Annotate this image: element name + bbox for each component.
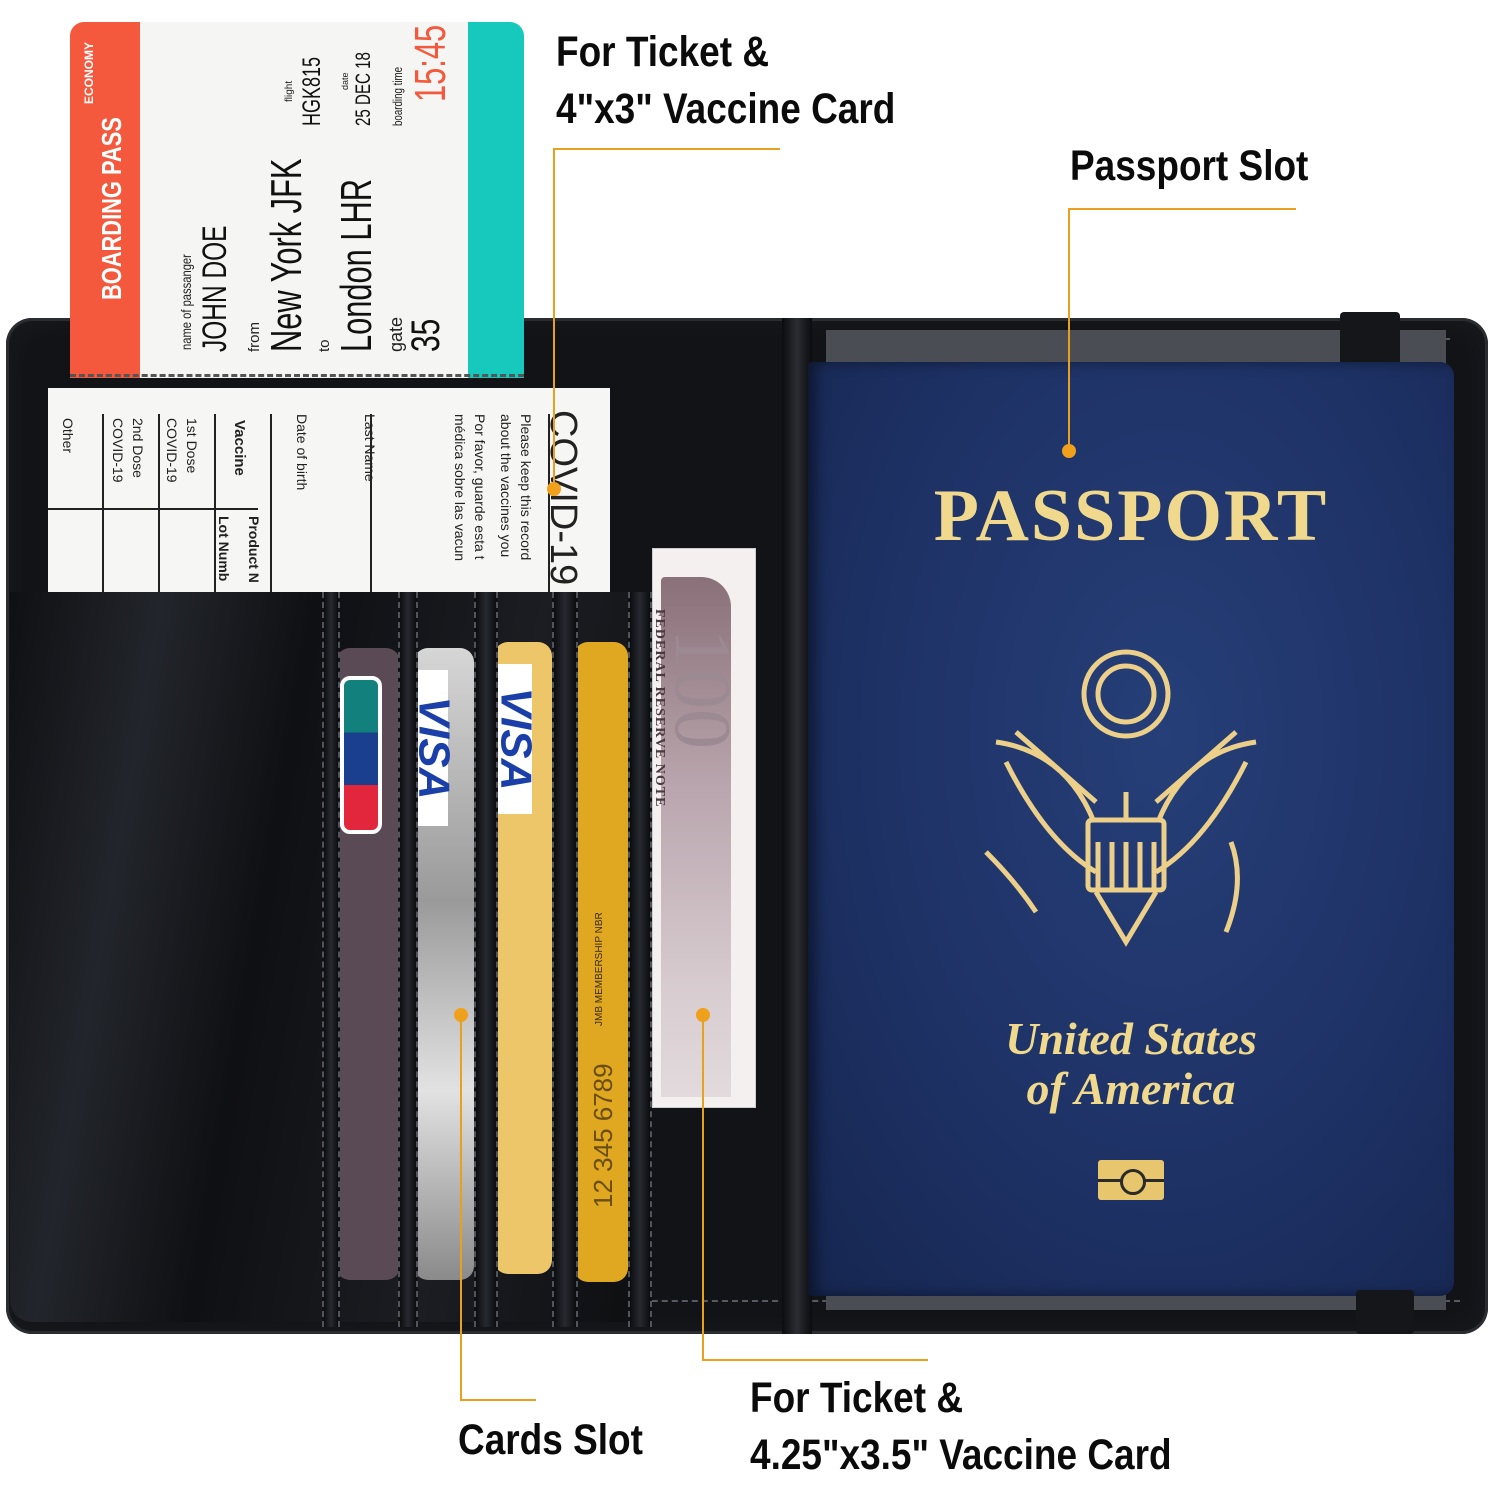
callout-bottom-ticket-line2: 4.25"x3.5" Vaccine Card — [750, 1427, 1172, 1484]
gate-number: 35 — [404, 319, 449, 352]
from-airport: New York JFK — [262, 159, 312, 352]
date-label: date — [340, 72, 350, 90]
callout-dot — [1062, 444, 1076, 458]
callout-top-ticket-line1: For Ticket & — [556, 24, 769, 81]
boarding-pass: BOARDING PASS ECONOMY name of passanger … — [70, 22, 524, 378]
visa-logo-icon: VISA — [418, 670, 448, 826]
callout-bottom-ticket-line1: For Ticket & — [750, 1370, 963, 1427]
callout-connector — [553, 148, 780, 150]
passport-country-line2: of America — [808, 1062, 1454, 1115]
callout-cards-slot: Cards Slot — [458, 1412, 643, 1469]
vaccine-note-en-1: Please keep this record — [518, 414, 534, 560]
flight-label: flight — [284, 81, 295, 102]
vaccine-label: Vaccine — [231, 420, 248, 476]
elastic-strap-bottom — [1356, 1290, 1414, 1334]
from-label: from — [246, 322, 263, 352]
flight-date: 25 DEC 18 — [352, 52, 376, 126]
divider — [214, 414, 216, 598]
callout-connector — [702, 1014, 704, 1360]
perforation-line — [70, 374, 524, 377]
card-slot-divider — [552, 592, 578, 1327]
banknote: FEDERAL RESERVE NOTE 100 — [652, 548, 756, 1108]
callout-dot — [547, 482, 561, 496]
divider — [48, 508, 258, 510]
callout-connector — [702, 1359, 928, 1361]
boarding-time-label: boarding time — [390, 67, 405, 126]
boarding-pass-stub — [468, 22, 524, 378]
divider — [158, 414, 160, 598]
dose1-vaccine: COVID-19 — [164, 418, 180, 483]
card-slot-divider — [628, 592, 652, 1327]
vaccine-note-es-2: médica sobre las vacun — [452, 414, 468, 561]
biometric-chip-icon — [1098, 1160, 1164, 1200]
credit-card-silver: VISA — [414, 648, 474, 1280]
other-label: Other — [60, 418, 76, 453]
passport: PASSPORT United States of America — [808, 362, 1454, 1296]
callout-connector — [1068, 208, 1296, 210]
membership-card: 12 345 6789 JMB MEMBERSHIP NBR — [574, 642, 628, 1282]
divider — [548, 414, 550, 598]
vaccine-note-es-1: Por favor, guarde esta t — [472, 414, 488, 560]
unionpay-logo-icon — [340, 676, 382, 834]
credit-card-unionpay — [336, 648, 400, 1280]
divider — [270, 414, 272, 598]
lot-label: Lot Numb — [216, 516, 232, 581]
product-label: Product N — [246, 516, 262, 583]
dose2-label: 2nd Dose — [130, 418, 146, 478]
membership-number: 12 345 6789 — [588, 1063, 619, 1208]
dose1-label: 1st Dose — [184, 418, 200, 473]
flight-number: HGK815 — [298, 57, 327, 126]
callout-connector — [553, 148, 555, 488]
membership-label: JMB MEMBERSHIP NBR — [594, 912, 605, 1026]
dob-label: Date of birth — [294, 414, 310, 490]
boarding-time: 15:45 — [406, 25, 456, 102]
to-label: to — [316, 339, 333, 352]
divider — [370, 414, 372, 598]
passenger-label: name of passanger — [178, 254, 194, 350]
to-airport: London LHR — [332, 179, 382, 352]
boarding-pass-title: BOARDING PASS — [96, 117, 128, 300]
credit-card-gold-light: VISA — [494, 642, 552, 1274]
callout-top-ticket-line2: 4"x3" Vaccine Card — [556, 81, 895, 138]
eagle-seal-icon — [976, 642, 1276, 962]
vaccine-card-small: COVID-19 V Please keep this record about… — [48, 388, 610, 598]
callout-passport-slot: Passport Slot — [1070, 138, 1308, 195]
passport-country-line1: United States — [808, 1012, 1454, 1065]
card-slot-divider — [322, 592, 340, 1327]
boarding-pass-class: ECONOMY — [82, 42, 96, 104]
callout-connector — [1068, 208, 1070, 452]
divider — [102, 414, 104, 598]
visa-logo-icon: VISA — [498, 664, 532, 814]
card-slot-divider — [474, 592, 498, 1327]
vaccine-note-en-2: about the vaccines you — [498, 414, 514, 557]
passenger-name: JOHN DOE — [196, 226, 235, 352]
callout-connector — [460, 1014, 462, 1400]
card-slot-divider — [398, 592, 418, 1327]
banknote-denomination: 100 — [656, 629, 747, 749]
callout-connector — [460, 1399, 536, 1401]
passport-title: PASSPORT — [808, 474, 1454, 559]
dose2-vaccine: COVID-19 — [110, 418, 126, 483]
